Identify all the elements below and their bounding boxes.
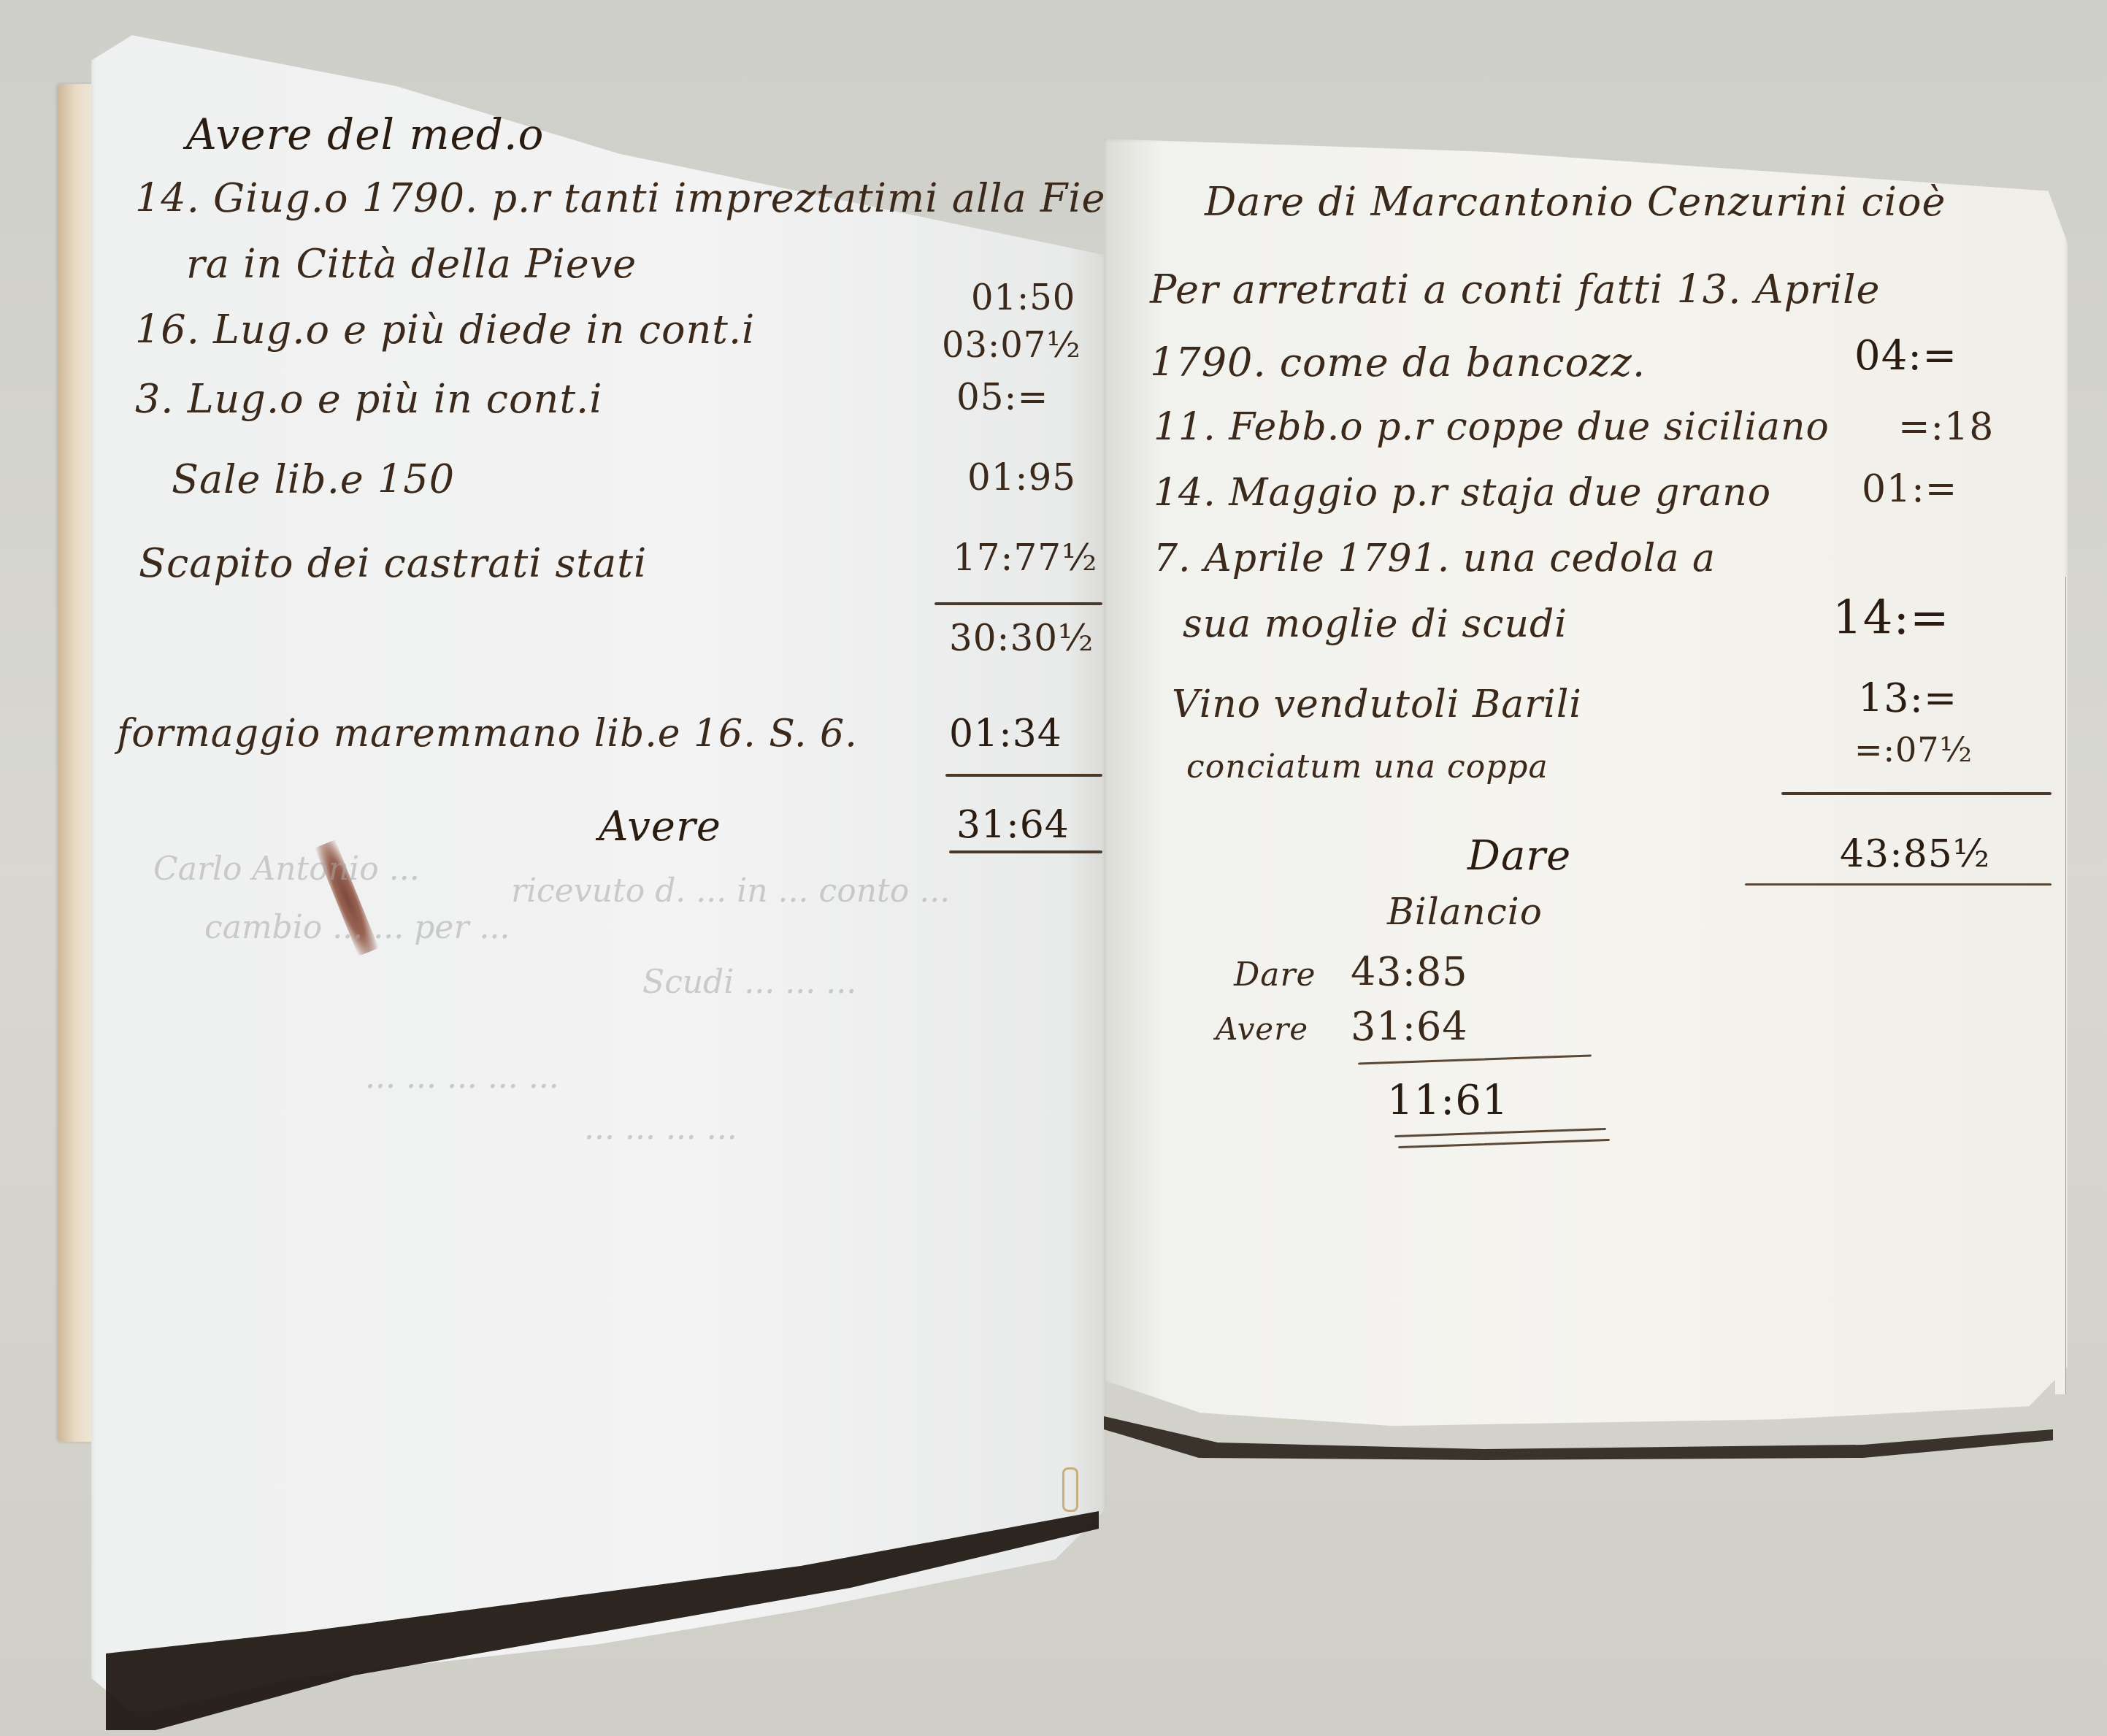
entry-2-line-1: 16. Lug.o e più diede in cont.i bbox=[135, 307, 755, 353]
bleed-through-line: ricevuto d. ... in ... conto ... bbox=[511, 872, 950, 910]
dare-total-amount: 43:85½ bbox=[1840, 832, 1990, 876]
entry-5-amount: 17:77½ bbox=[953, 537, 1098, 579]
right-page-heading: Dare di Marcantonio Cenzurini cioè bbox=[1205, 179, 1946, 225]
subtotal-rule bbox=[934, 602, 1102, 605]
balance-dare-amount: 43:85 bbox=[1351, 949, 1468, 995]
r-entry-2-line-1: 11. Febb.o p.r coppe due siciliano bbox=[1154, 405, 1830, 449]
r-entry-4-line-2: sua moglie di scudi bbox=[1183, 602, 1567, 646]
entry-3-line-1: 3. Lug.o e più in cont.i bbox=[135, 376, 603, 422]
extra-entry-amount: 01:34 bbox=[949, 712, 1062, 756]
r-entry-5-line-1: Vino vendutoli Barili bbox=[1172, 683, 1582, 726]
subtotal-amount: 30:30½ bbox=[949, 617, 1094, 659]
bleed-through-line: Scudi ... ... ... bbox=[642, 964, 856, 1001]
r-entry-6-amount: =:07½ bbox=[1854, 730, 1973, 769]
bleed-through-line: ... ... ... ... ... bbox=[365, 1059, 559, 1096]
bleed-through-line: ... ... ... ... bbox=[584, 1110, 737, 1147]
r-entry-1-line-1: Per arretrati a conti fatti 13. Aprile bbox=[1150, 266, 1880, 312]
bleed-through-line: cambio ... ... per ... bbox=[204, 909, 510, 946]
dare-total-label: Dare bbox=[1467, 832, 1571, 880]
bleed-through-line: Carlo Antonio ... bbox=[153, 850, 420, 888]
dare-total-rule bbox=[1781, 792, 2052, 795]
entry-5-line-1: Scapito dei castrati stati bbox=[139, 540, 647, 586]
avere-total-amount: 31:64 bbox=[956, 803, 1070, 847]
next-leaf-edge bbox=[2055, 577, 2066, 1394]
balance-avere-label: Avere bbox=[1216, 1011, 1308, 1047]
r-entry-3-amount: 01:= bbox=[1862, 467, 1957, 511]
r-entry-3-line-1: 14. Maggio p.r staja due grano bbox=[1154, 471, 1771, 515]
r-entry-4-line-1: 7. Aprile 1791. una cedola a bbox=[1154, 537, 1716, 580]
dare-total-underline bbox=[1745, 883, 2052, 886]
balance-result: 11:61 bbox=[1387, 1077, 1508, 1124]
total-rule-bottom bbox=[949, 850, 1102, 853]
left-page-heading: Avere del med.o bbox=[186, 110, 544, 159]
r-entry-4-amount: 14:= bbox=[1832, 591, 1950, 645]
balance-avere-amount: 31:64 bbox=[1351, 1004, 1468, 1050]
r-entry-2-amount: =:18 bbox=[1898, 405, 1994, 449]
entry-4-line-1: Sale lib.e 150 bbox=[172, 456, 455, 502]
entry-1-line-1: 14. Giug.o 1790. p.r tanti impreztatimi … bbox=[135, 175, 1140, 221]
entry-3-amount: 05:= bbox=[956, 376, 1048, 418]
entry-1-line-2: ra in Città della Pieve bbox=[186, 241, 637, 287]
balance-dare-label: Dare bbox=[1234, 956, 1316, 994]
r-entry-6-line-1: conciatum una coppa bbox=[1186, 748, 1548, 786]
extra-entry-text: formaggio maremmano lib.e 16. S. 6. bbox=[117, 712, 858, 756]
total-rule-top bbox=[945, 774, 1102, 777]
r-entry-1-line-2: 1790. come da bancozz. bbox=[1150, 339, 1646, 385]
entry-1-amount: 01:50 bbox=[971, 277, 1075, 318]
entry-4-amount: 01:95 bbox=[967, 456, 1076, 499]
r-entry-1-amount: 04:= bbox=[1854, 332, 1957, 380]
avere-total-label: Avere bbox=[599, 803, 721, 850]
entry-2-amount: 03:07½ bbox=[942, 325, 1081, 366]
balance-heading: Bilancio bbox=[1387, 891, 1543, 933]
r-entry-5-amount: 13:= bbox=[1858, 675, 1957, 721]
binding-thread bbox=[1062, 1467, 1078, 1512]
